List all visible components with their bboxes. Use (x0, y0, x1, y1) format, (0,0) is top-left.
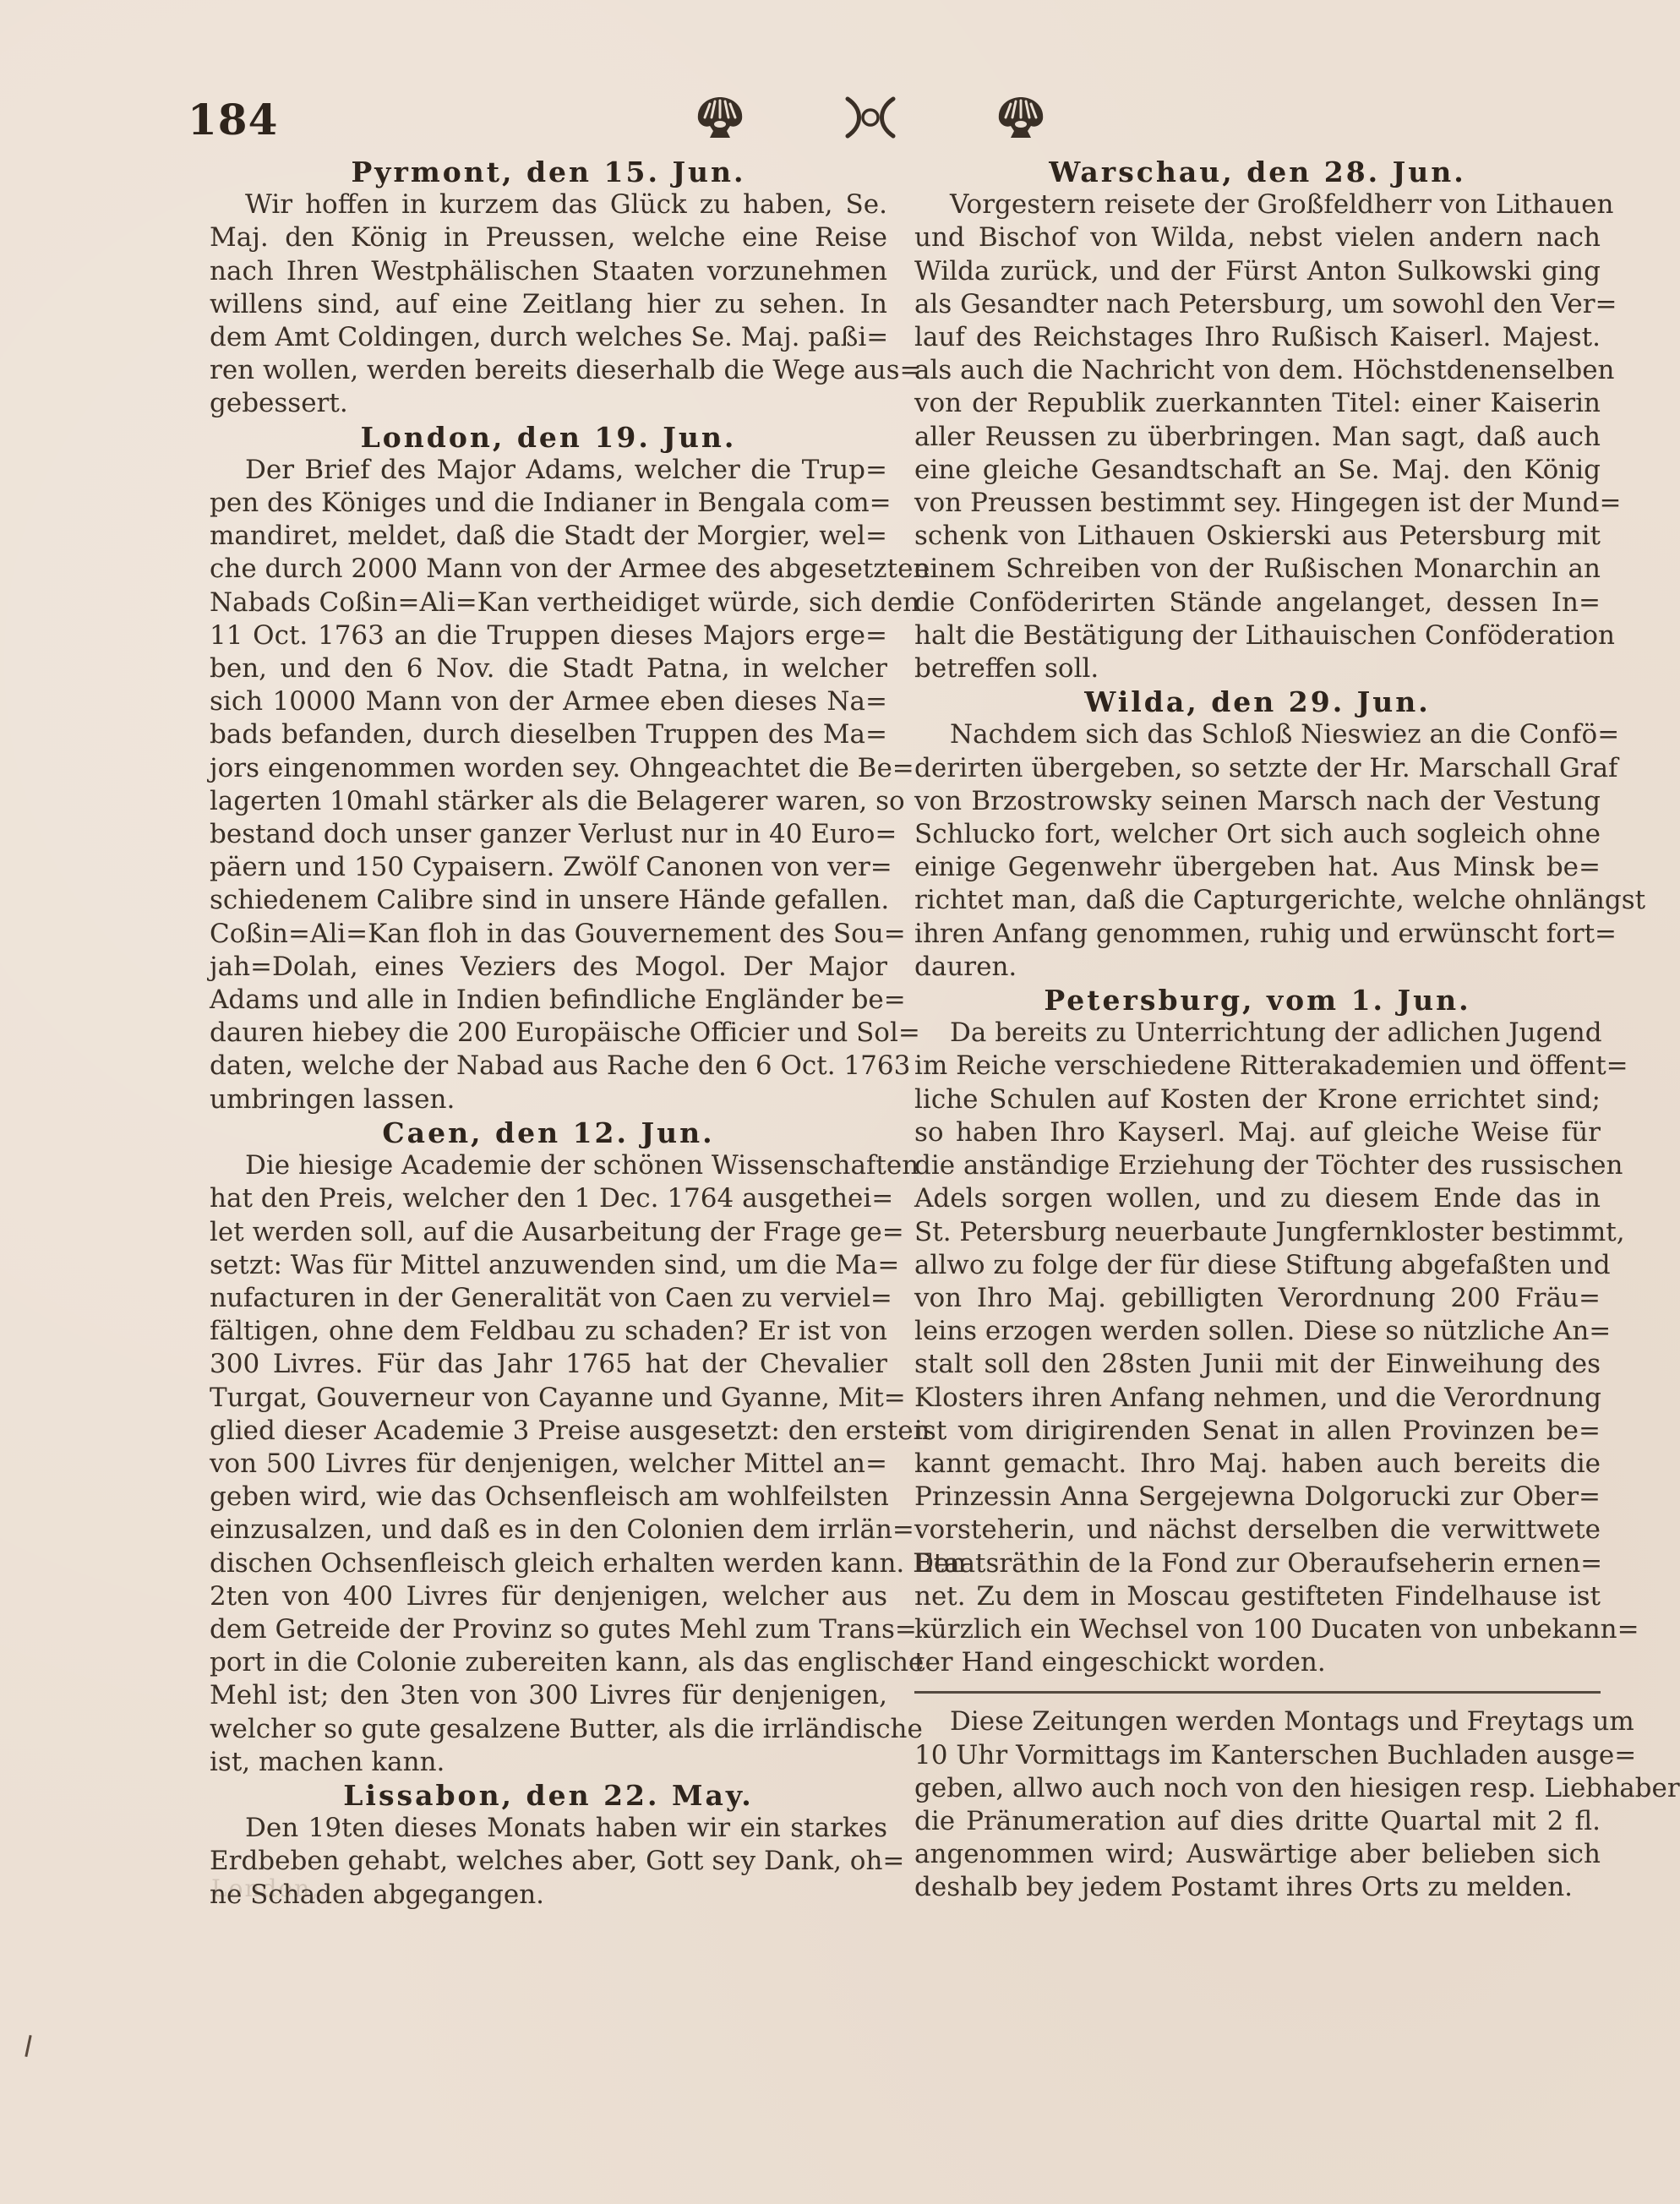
text-line: die Conföderirten Stände angelanget, des… (914, 586, 1601, 619)
text-line: von 500 Livres für denjenigen, welcher M… (210, 1448, 887, 1481)
text-line: Maj. den König in Preussen, welche eine … (210, 221, 887, 254)
text-line: Turgat, Gouverneur von Cayanne und Gyann… (210, 1382, 887, 1415)
text-line: Den 19ten dieses Monats haben wir ein st… (210, 1812, 887, 1845)
text-line: die anständige Erziehung der Töchter des… (914, 1149, 1601, 1182)
article-body: Da bereits zu Unterrichtung der adlichen… (914, 1017, 1601, 1679)
text-line: bestand doch unser ganzer Verlust nur in… (210, 818, 887, 851)
text-line: schiedenem Calibre sind in unsere Hände … (210, 884, 887, 917)
text-line: einem Schreiben von der Rußischen Monarc… (914, 553, 1601, 586)
text-line: aller Reussen zu überbringen. Man sagt, … (914, 421, 1601, 454)
dateline: Caen, den 12. Jun. (210, 1116, 887, 1149)
dateline: London, den 19. Jun. (210, 421, 887, 454)
text-line: fältigen, ohne dem Feldbau zu schaden? E… (210, 1315, 887, 1348)
text-line: hat den Preis, welcher den 1 Dec. 1764 a… (210, 1182, 887, 1215)
text-line: richtet man, daß die Capturgerichte, wel… (914, 884, 1601, 917)
text-line: geben, allwo auch noch von den hiesigen … (914, 1772, 1601, 1805)
text-line: lagerten 10mahl stärker als die Belagere… (210, 785, 887, 818)
text-line: ter Hand eingeschickt worden. (914, 1646, 1601, 1679)
text-line: die Pränumeration auf dies dritte Quarta… (914, 1805, 1601, 1838)
dateline: Pyrmont, den 15. Jun. (210, 155, 887, 188)
text-line: Schlucko fort, welcher Ort sich auch sog… (914, 818, 1601, 851)
text-line: und Bischof von Wilda, nebst vielen ande… (914, 221, 1601, 254)
text-line: dauren hiebey die 200 Europäische Offici… (210, 1017, 887, 1050)
text-line: dischen Ochsenfleisch gleich erhalten we… (210, 1547, 887, 1580)
shell-ornament-icon (994, 94, 1048, 141)
text-line: betreffen soll. (914, 652, 1601, 685)
text-line: lauf des Reichstages Ihro Rußisch Kaiser… (914, 321, 1601, 354)
header-ornament-row (693, 88, 1048, 147)
text-line: net. Zu dem in Moscau gestifteten Findel… (914, 1580, 1601, 1613)
text-line: nach Ihren Westphälischen Staaten vorzun… (210, 255, 887, 288)
section-divider-rule (914, 1691, 1601, 1694)
text-line: che durch 2000 Mann von der Armee des ab… (210, 553, 887, 586)
article-london: London, den 19. Jun. Der Brief des Major… (210, 421, 887, 1116)
dateline: Warschau, den 28. Jun. (914, 155, 1601, 188)
text-line: liche Schulen auf Kosten der Krone erric… (914, 1083, 1601, 1116)
text-line: geben wird, wie das Ochsenfleisch am woh… (210, 1481, 887, 1514)
text-line: nufacturen in der Generalität von Caen z… (210, 1282, 887, 1315)
text-line: als Gesandter nach Petersburg, um sowohl… (914, 288, 1601, 321)
text-line: Die hiesige Academie der schönen Wissens… (210, 1149, 887, 1182)
text-line: ist vom dirigirenden Senat in allen Prov… (914, 1415, 1601, 1448)
text-line: im Reiche verschiedene Ritterakademien u… (914, 1050, 1601, 1083)
text-line: derirten übergeben, so setzte der Hr. Ma… (914, 752, 1601, 785)
page-number: 184 (188, 95, 278, 145)
text-line: kannt gemacht. Ihro Maj. haben auch bere… (914, 1448, 1601, 1481)
paper-blemish (25, 2035, 31, 2057)
article-body: Der Brief des Major Adams, welcher die T… (210, 454, 887, 1116)
right-column: Warschau, den 28. Jun. Vorgestern reiset… (914, 155, 1601, 1905)
text-line: let werden soll, auf die Ausarbeitung de… (210, 1216, 887, 1249)
text-line: von Preussen bestimmt sey. Hingegen ist … (914, 487, 1601, 520)
text-line: dem Amt Coldingen, durch welches Se. Maj… (210, 321, 887, 354)
text-line: von Brzostrowsky seinen Marsch nach der … (914, 785, 1601, 818)
article-body: Die hiesige Academie der schönen Wissens… (210, 1149, 887, 1779)
text-line: St. Petersburg neuerbaute Jungfernkloste… (914, 1216, 1601, 1249)
dateline: Petersburg, vom 1. Jun. (914, 984, 1601, 1017)
publication-notice: Diese Zeitungen werden Montags und Freyt… (914, 1705, 1601, 1904)
text-line: so haben Ihro Kayserl. Maj. auf gleiche … (914, 1116, 1601, 1149)
text-line: einige Gegenwehr übergeben hat. Aus Mins… (914, 851, 1601, 884)
text-line: mandiret, meldet, daß die Stadt der Morg… (210, 520, 887, 553)
text-line: bads befanden, durch dieselben Truppen d… (210, 718, 887, 751)
text-line: einzusalzen, und daß es in den Colonien … (210, 1514, 887, 1547)
text-line: ist, machen kann. (210, 1746, 887, 1779)
text-line: Wilda zurück, und der Fürst Anton Sulkow… (914, 255, 1601, 288)
text-line: Mehl ist; den 3ten von 300 Livres für de… (210, 1679, 887, 1712)
article-body: Nachdem sich das Schloß Nieswiez an die … (914, 718, 1601, 984)
text-line: allwo zu folge der für diese Stiftung ab… (914, 1249, 1601, 1282)
text-line: angenommen wird; Auswärtige aber beliebe… (914, 1838, 1601, 1871)
left-column: Pyrmont, den 15. Jun. Wir hoffen in kurz… (210, 155, 887, 1912)
article-caen: Caen, den 12. Jun. Die hiesige Academie … (210, 1116, 887, 1779)
text-line: daten, welche der Nabad aus Rache den 6 … (210, 1050, 887, 1083)
text-line: setzt: Was für Mittel anzuwenden sind, u… (210, 1249, 887, 1282)
text-line: gebessert. (210, 387, 887, 420)
text-line: Der Brief des Major Adams, welcher die T… (210, 454, 887, 487)
text-line: 11 Oct. 1763 an die Truppen dieses Major… (210, 619, 887, 652)
text-line: willens sind, auf eine Zeitlang hier zu … (210, 288, 887, 321)
text-line: port in die Colonie zubereiten kann, als… (210, 1646, 887, 1679)
article-body: Wir hoffen in kurzem das Glück zu haben,… (210, 188, 887, 420)
text-line: Etaatsräthin de la Fond zur Oberaufseher… (914, 1547, 1601, 1580)
text-line: leins erzogen werden sollen. Diese so nü… (914, 1315, 1601, 1348)
article-wilda: Wilda, den 29. Jun. Nachdem sich das Sch… (914, 685, 1601, 984)
text-line: halt die Bestätigung der Lithauischen Co… (914, 619, 1601, 652)
text-line: sich 10000 Mann von der Armee eben diese… (210, 685, 887, 718)
text-line: ren wollen, werden bereits dieserhalb di… (210, 354, 887, 387)
text-line: jah=Dolah, eines Veziers des Mogol. Der … (210, 951, 887, 984)
text-line: dauren. (914, 951, 1601, 984)
text-line: schenk von Lithauen Oskierski aus Peters… (914, 520, 1601, 553)
text-line: jors eingenommen worden sey. Ohngeachtet… (210, 752, 887, 785)
text-line: 10 Uhr Vormittags im Kanterschen Buchlad… (914, 1739, 1601, 1772)
text-line: Klosters ihren Anfang nehmen, und die Ve… (914, 1382, 1601, 1415)
text-line: ihren Anfang genommen, ruhig und erwünsc… (914, 918, 1601, 951)
text-line: päern und 150 Cypaisern. Zwölf Canonen v… (210, 851, 887, 884)
text-line: stalt soll den 28sten Junii mit der Einw… (914, 1348, 1601, 1381)
shell-ornament-icon (693, 94, 747, 141)
article-warschau: Warschau, den 28. Jun. Vorgestern reiset… (914, 155, 1601, 685)
divider-glyph-icon (841, 94, 900, 141)
text-line: umbringen lassen. (210, 1083, 887, 1116)
text-line: vorsteherin, und nächst derselben die ve… (914, 1514, 1601, 1547)
text-line: Vorgestern reisete der Großfeldherr von … (914, 188, 1601, 221)
text-line: kürzlich ein Wechsel von 100 Ducaten von… (914, 1613, 1601, 1646)
bleed-through-text: London, (211, 1874, 320, 1902)
dateline: Lissabon, den 22. May. (210, 1779, 887, 1812)
text-line: von der Republik zuerkannten Titel: eine… (914, 387, 1601, 420)
text-line: 2ten von 400 Livres für denjenigen, welc… (210, 1580, 887, 1613)
text-line: Adels sorgen wollen, und zu diesem Ende … (914, 1182, 1601, 1215)
text-line: Diese Zeitungen werden Montags und Freyt… (914, 1705, 1601, 1738)
text-line: von Ihro Maj. gebilligten Verordnung 200… (914, 1282, 1601, 1315)
text-line: Wir hoffen in kurzem das Glück zu haben,… (210, 188, 887, 221)
dateline: Wilda, den 29. Jun. (914, 685, 1601, 718)
text-line: Da bereits zu Unterrichtung der adlichen… (914, 1017, 1601, 1050)
text-line: Adams und alle in Indien befindliche Eng… (210, 984, 887, 1017)
text-line: Nabads Coßin=Ali=Kan vertheidiget würde,… (210, 586, 887, 619)
text-line: ben, und den 6 Nov. die Stadt Patna, in … (210, 652, 887, 685)
text-line: welcher so gute gesalzene Butter, als di… (210, 1713, 887, 1746)
notice-body: Diese Zeitungen werden Montags und Freyt… (914, 1705, 1601, 1904)
article-pyrmont: Pyrmont, den 15. Jun. Wir hoffen in kurz… (210, 155, 887, 421)
text-line: dem Getreide der Provinz so gutes Mehl z… (210, 1613, 887, 1646)
text-line: 300 Livres. Für das Jahr 1765 hat der Ch… (210, 1348, 887, 1381)
article-body: Vorgestern reisete der Großfeldherr von … (914, 188, 1601, 685)
article-petersburg: Petersburg, vom 1. Jun. Da bereits zu Un… (914, 984, 1601, 1679)
newspaper-page: 184 Pyrmont, den 15. Jun. Wir hoffen in … (0, 0, 1680, 2204)
text-line: Nachdem sich das Schloß Nieswiez an die … (914, 718, 1601, 751)
text-line: Erdbeben gehabt, welches aber, Gott sey … (210, 1845, 887, 1878)
text-line: als auch die Nachricht von dem. Höchstde… (914, 354, 1601, 387)
text-line: glied dieser Academie 3 Preise ausgesetz… (210, 1415, 887, 1448)
text-line: Coßin=Ali=Kan floh in das Gouvernement d… (210, 918, 887, 951)
text-line: Prinzessin Anna Sergejewna Dolgorucki zu… (914, 1481, 1601, 1514)
text-line: pen des Königes und die Indianer in Beng… (210, 487, 887, 520)
text-line: deshalb bey jedem Postamt ihres Orts zu … (914, 1871, 1601, 1904)
text-line: eine gleiche Gesandtschaft an Se. Maj. d… (914, 454, 1601, 487)
